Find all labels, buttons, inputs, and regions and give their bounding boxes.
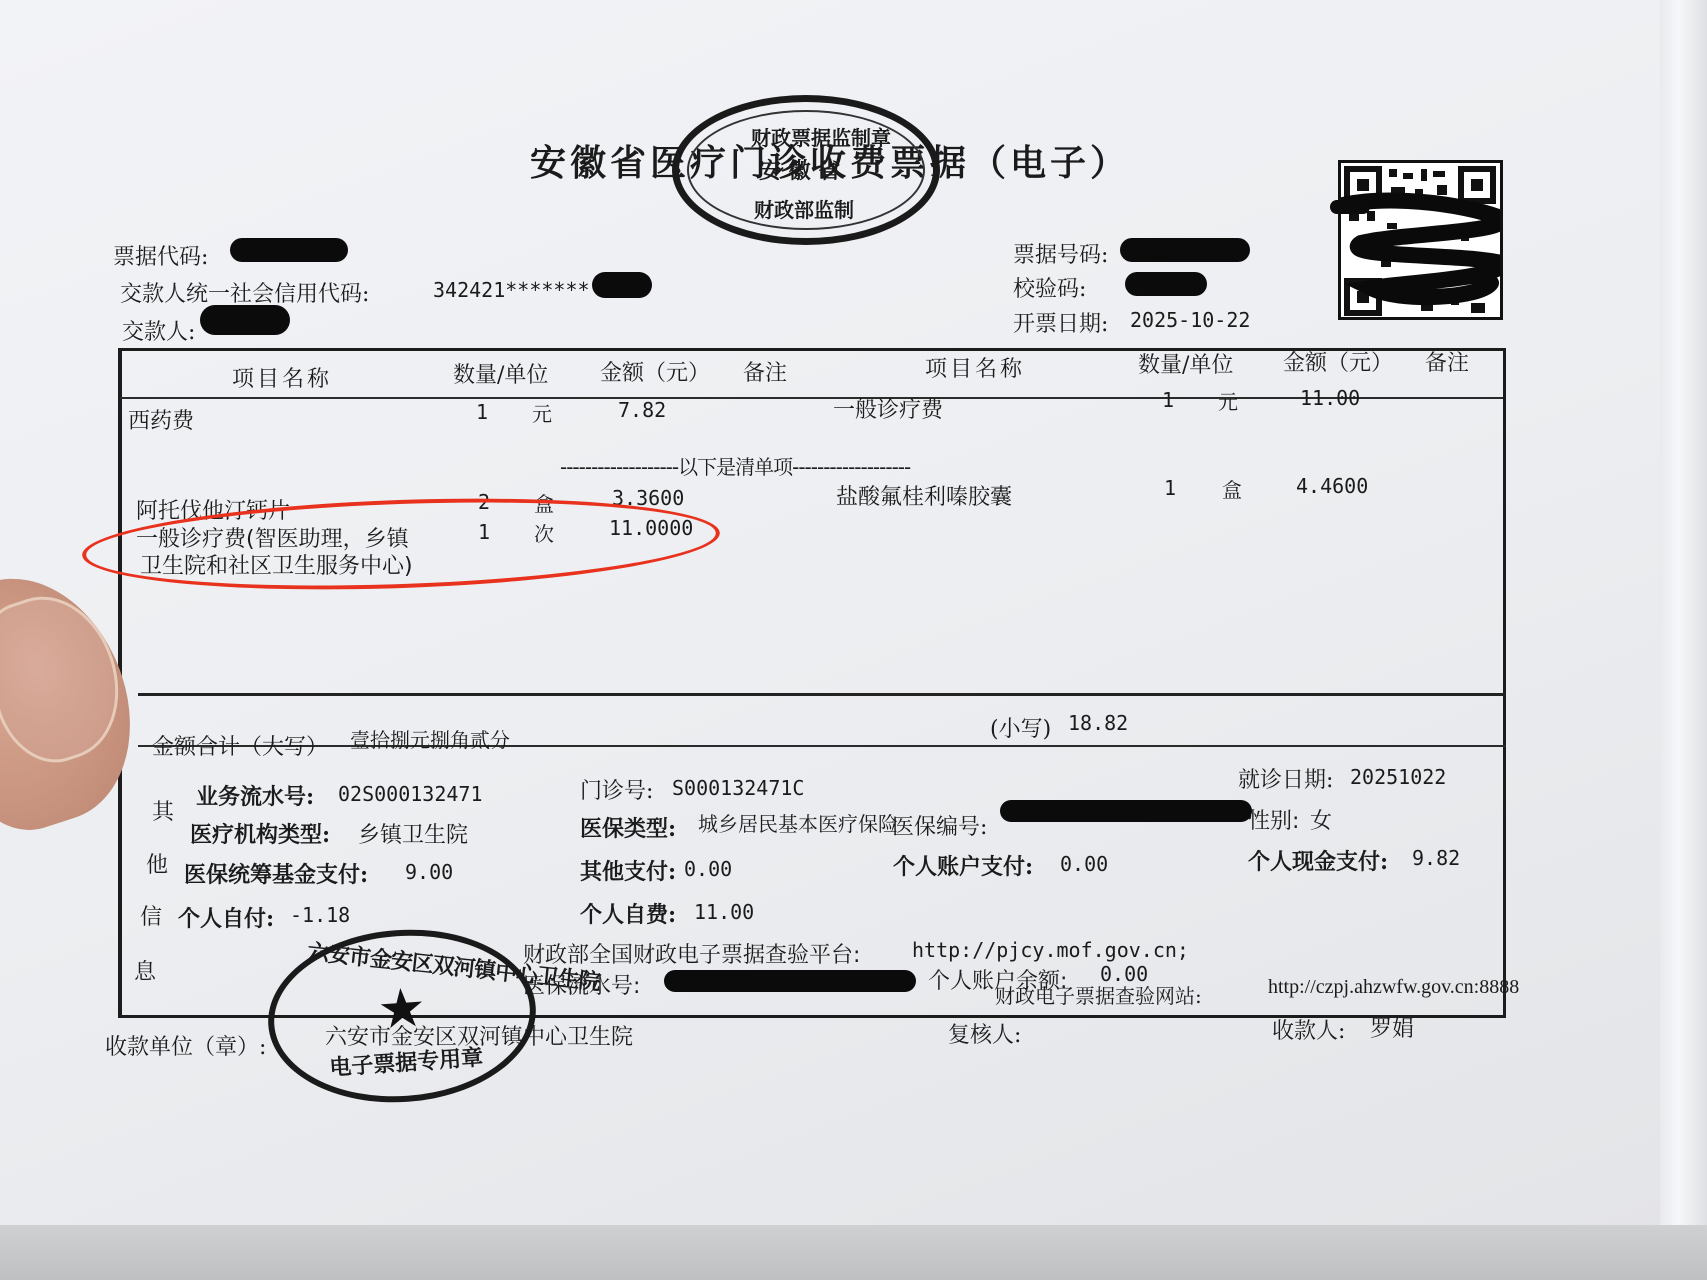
gender-value: 女 bbox=[1310, 804, 1332, 835]
item-qty: 1 bbox=[1162, 388, 1174, 412]
payer-name-redaction bbox=[200, 305, 290, 335]
supervision-seal-bottom-text: 财政部监制 bbox=[754, 194, 854, 223]
verify-site-label: 财政电子票据查验网站: bbox=[995, 980, 1202, 1009]
insurance-serial-redaction bbox=[664, 970, 916, 992]
side-label-char: 他 bbox=[146, 848, 168, 879]
personal-cash-payment-value: 9.82 bbox=[1412, 846, 1460, 870]
total-lowercase-label: (小写) bbox=[990, 712, 1051, 743]
col-header-note-left: 备注 bbox=[743, 356, 787, 387]
bill-code-redaction bbox=[230, 238, 348, 262]
reviewer-label: 复核人: bbox=[948, 1018, 1021, 1049]
personal-selfpay-value: 11.00 bbox=[694, 900, 754, 924]
col-header-note-right: 备注 bbox=[1425, 346, 1469, 377]
payee-unit-label: 收款单位（章）: bbox=[105, 1030, 266, 1061]
bill-number-label: 票据号码: bbox=[1013, 238, 1108, 269]
payer-label: 交款人: bbox=[122, 315, 195, 346]
desk-background bbox=[0, 1225, 1707, 1280]
item-amount: 11.00 bbox=[1300, 386, 1360, 410]
supervision-seal: 财政票据监制章 安 徽 省 财政部监制 bbox=[672, 95, 940, 245]
verify-site-link[interactable]: http://czpj.ahzwfw.gov.cn:8888 bbox=[1268, 976, 1519, 999]
payee-seal-bottom-text: 电子票据专用章 bbox=[328, 1040, 484, 1082]
insurance-number-redaction bbox=[1000, 800, 1252, 822]
supervision-seal-top-text: 财政票据监制章 bbox=[751, 122, 891, 151]
item-amount: 7.82 bbox=[618, 398, 666, 422]
outpatient-no-label: 门诊号: bbox=[580, 774, 653, 805]
personal-account-payment-value: 0.00 bbox=[1060, 852, 1108, 876]
insurance-number-label: 医保编号: bbox=[892, 810, 987, 841]
col-header-qty-left: 数量/单位 bbox=[453, 358, 548, 389]
bill-number-redaction bbox=[1120, 238, 1250, 262]
personal-account-payment-label: 个人账户支付: bbox=[893, 850, 1033, 881]
institution-type-value: 乡镇卫生院 bbox=[358, 818, 468, 849]
pool-fund-payment-label: 医保统筹基金支付: bbox=[184, 858, 368, 889]
insurance-type-value: 城乡居民基本医疗保险 bbox=[698, 808, 898, 837]
personal-cash-payment-label: 个人现金支付: bbox=[1248, 845, 1388, 876]
item-name: 西药费 bbox=[128, 404, 194, 435]
issue-date-label: 开票日期: bbox=[1013, 307, 1108, 338]
business-serial-value: 02S000132471 bbox=[338, 782, 483, 806]
issue-date-value: 2025-10-22 bbox=[1130, 308, 1250, 332]
items-total-divider bbox=[138, 693, 1506, 696]
side-label-char: 息 bbox=[134, 955, 156, 986]
total-uppercase-label: 金额合计（大写） bbox=[152, 730, 328, 761]
personal-copay-label: 个人自付: bbox=[178, 902, 274, 933]
item-name: 一般诊疗费 bbox=[833, 393, 943, 424]
total-uppercase-value: 壹拾捌元捌角贰分 bbox=[350, 724, 510, 753]
item-unit: 元 bbox=[532, 398, 552, 427]
total-info-divider bbox=[138, 745, 1506, 747]
col-header-amount-left: 金额（元） bbox=[600, 356, 710, 387]
payer-credit-code-label: 交款人统一社会信用代码: bbox=[120, 277, 369, 308]
visit-date-label: 就诊日期: bbox=[1238, 763, 1333, 794]
item-unit: 盒 bbox=[1222, 474, 1242, 503]
visit-date-value: 20251022 bbox=[1350, 765, 1446, 789]
cashier-value: 罗娟 bbox=[1370, 1012, 1414, 1043]
star-icon: ★ bbox=[376, 980, 428, 1037]
insurance-type-label: 医保类型: bbox=[580, 812, 676, 843]
business-serial-label: 业务流水号: bbox=[196, 780, 314, 811]
check-code-label: 校验码: bbox=[1013, 272, 1086, 303]
personal-selfpay-label: 个人自费: bbox=[580, 898, 676, 929]
qr-redaction-scribble-tail bbox=[1330, 200, 1370, 214]
side-label-char: 信 bbox=[140, 900, 162, 931]
gender-label: 性别: bbox=[1248, 804, 1299, 835]
qr-code-graphic bbox=[1341, 163, 1503, 320]
qr-code-icon bbox=[1338, 160, 1503, 320]
paper-fold-shadow bbox=[1660, 0, 1707, 1235]
item-unit: 元 bbox=[1218, 386, 1238, 415]
payer-credit-code-value: 342421******* bbox=[433, 278, 590, 302]
supervision-seal-middle-text: 安 徽 省 bbox=[759, 154, 840, 185]
other-payment-value: 0.00 bbox=[684, 857, 732, 881]
total-lowercase-value: 18.82 bbox=[1068, 711, 1128, 735]
item-qty: 1 bbox=[476, 400, 488, 424]
cashier-label: 收款人: bbox=[1272, 1014, 1345, 1045]
verify-platform-link[interactable]: http://pjcy.mof.gov.cn; bbox=[912, 938, 1189, 962]
personal-copay-value: -1.18 bbox=[290, 903, 350, 927]
institution-type-label: 医疗机构类型: bbox=[190, 818, 330, 849]
outpatient-no-value: S000132471C bbox=[672, 776, 804, 800]
other-payment-label: 其他支付: bbox=[580, 855, 676, 886]
bill-code-label: 票据代码: bbox=[113, 240, 208, 271]
col-header-name-left: 项目名称 bbox=[232, 362, 332, 393]
check-code-redaction bbox=[1125, 272, 1207, 296]
item-qty: 1 bbox=[1164, 476, 1176, 500]
item-name: 盐酸氟桂利嗪胶囊 bbox=[836, 480, 1012, 511]
item-amount: 4.4600 bbox=[1296, 474, 1368, 498]
col-header-qty-right: 数量/单位 bbox=[1138, 348, 1233, 379]
payer-credit-code-redaction bbox=[592, 272, 652, 298]
col-header-amount-right: 金额（元） bbox=[1283, 346, 1393, 377]
side-label-char: 其 bbox=[152, 795, 174, 826]
pool-fund-payment-value: 9.00 bbox=[405, 860, 453, 884]
col-header-name-right: 项目名称 bbox=[925, 352, 1025, 383]
list-items-separator: -------------------以下是清单项---------------… bbox=[560, 451, 910, 480]
table-header-divider bbox=[120, 397, 1503, 399]
